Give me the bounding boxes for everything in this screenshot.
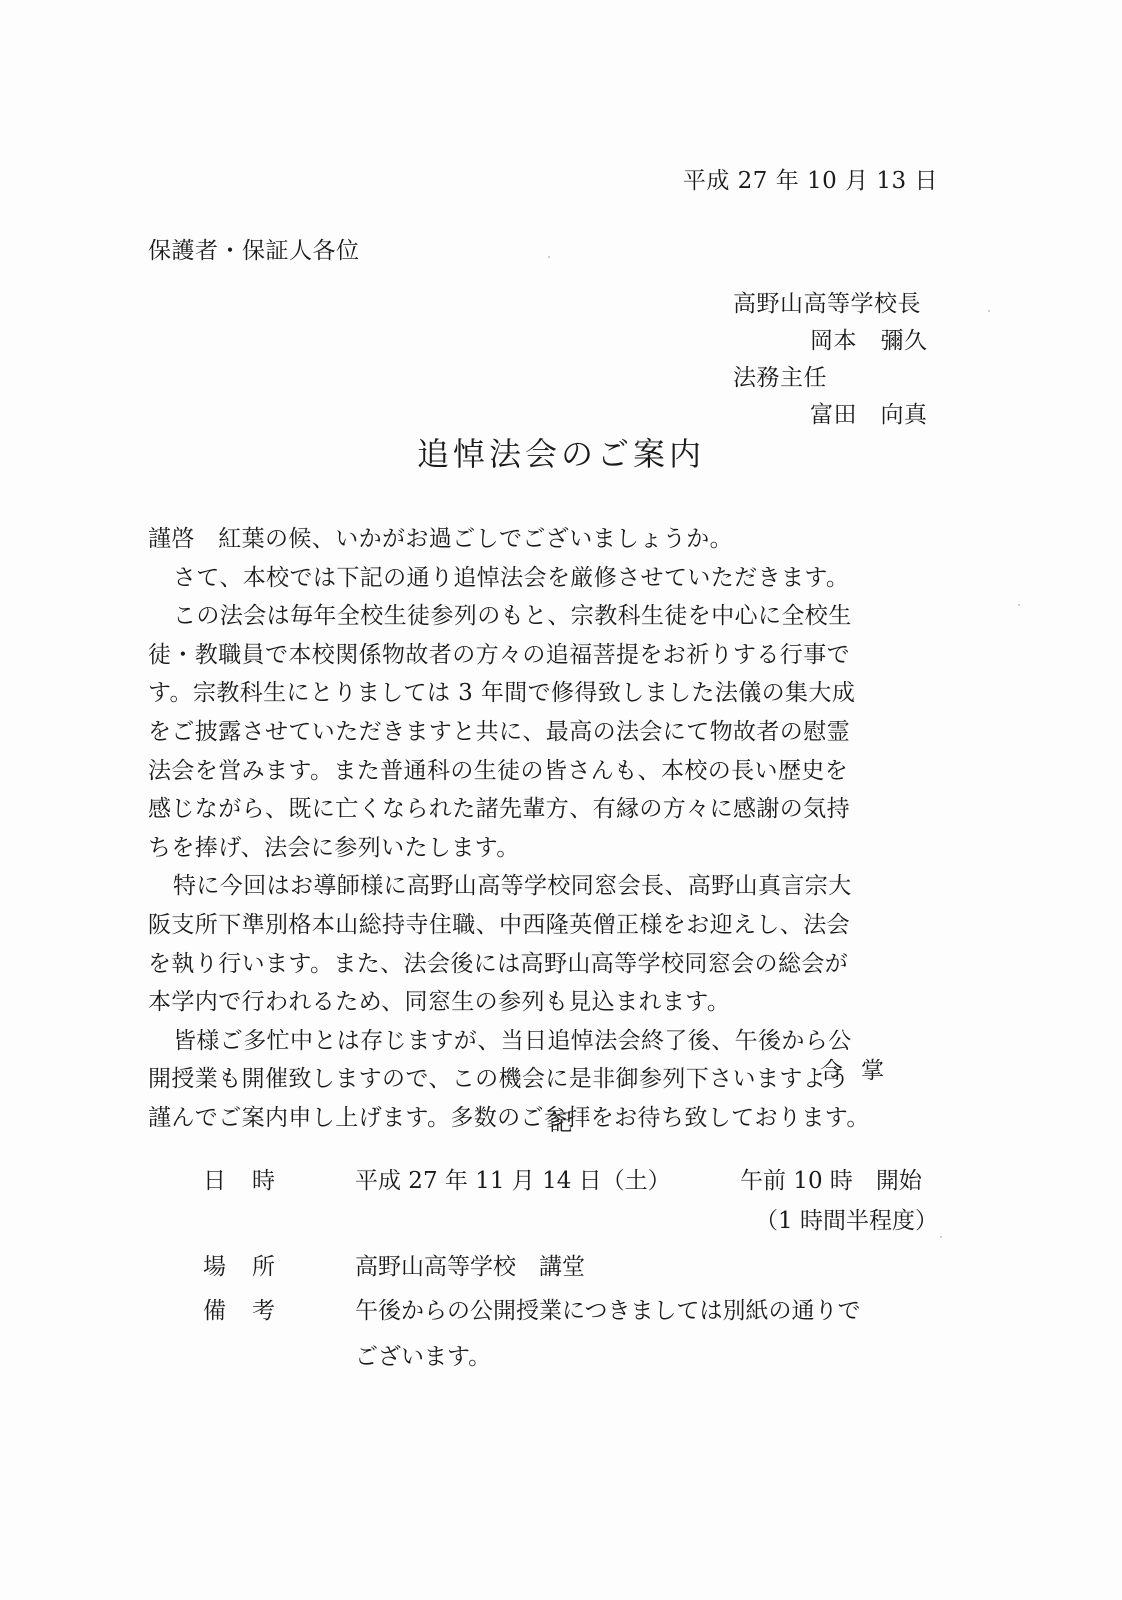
detail-row-place: 場所 高野山高等学校 講堂: [203, 1252, 963, 1296]
sender-name-principal: 岡本 彌久: [733, 323, 943, 360]
detail-label-datetime: 日時: [203, 1166, 301, 1196]
document-title: 追悼法会のご案内: [0, 432, 1122, 476]
body-line: 阪支所下準別格本山総持寺住職、中西隆英僧正様をお迎えし、法会: [148, 906, 948, 945]
detail-value-time: 午前 10 時 開始: [740, 1166, 922, 1196]
body-line: 感じながら、既に亡くなられた諸先輩方、有縁の方々に感謝の気持: [148, 790, 948, 829]
body-line: 法会を営みます。また普通科の生徒の皆さんも、本校の長い歴史を: [148, 752, 948, 791]
detail-value-notes-line1: 午後からの公開授業につきましては別紙の通りで: [355, 1296, 861, 1326]
scan-speck: [548, 256, 550, 258]
body-line: この法会は毎年全校生徒参列のもと、宗教科生徒を中心に全校生: [148, 597, 948, 636]
detail-value-place: 高野山高等学校 講堂: [355, 1252, 585, 1282]
detail-value-notes-line2: ございます。: [355, 1342, 491, 1372]
closing-gassho: 合掌: [820, 1056, 902, 1086]
detail-label-notes: 備考: [203, 1296, 301, 1326]
scan-speck: [988, 310, 990, 312]
letter-page: 平成 27 年 10 月 13 日 保護者・保証人各位 高野山高等学校長 岡本 …: [0, 0, 1122, 1600]
letter-date: 平成 27 年 10 月 13 日: [683, 166, 938, 196]
body-line: ちを捧げ、法会に参列いたします。: [148, 829, 948, 868]
addressee: 保護者・保証人各位: [148, 236, 360, 266]
letter-body: 謹啓 紅葉の候、いかがお過ごしでございましょうか。 さて、本校では下記の通り追悼…: [148, 520, 948, 1138]
sender-role-principal: 高野山高等学校長: [733, 286, 943, 323]
body-line: 徒・教職員で本校関係物故者の方々の追福菩提をお祈りする行事で: [148, 636, 948, 675]
detail-row-notes: 備考 午後からの公開授業につきましては別紙の通りで: [203, 1296, 963, 1342]
body-line: を執り行います。また、法会後には高野山高等学校同窓会の総会が: [148, 945, 948, 984]
body-line: 皆様ご多忙中とは存じますが、当日追悼法会終了後、午後から公: [148, 1022, 948, 1061]
sender-name-dharma-chief: 富田 向真: [733, 397, 943, 434]
scan-speck: [1018, 604, 1020, 606]
ki-heading: 記: [0, 1108, 1122, 1138]
scan-speck: [940, 1236, 942, 1238]
body-line: す。宗教科生にとりましては 3 年間で修得致しました法儀の集大成: [148, 674, 948, 713]
body-line: さて、本校では下記の通り追悼法会を厳修させていただきます。: [148, 559, 948, 598]
body-line: 特に今回はお導師様に高野山高等学校同窓会長、高野山真言宗大: [148, 867, 948, 906]
detail-row-duration: （1 時間半程度）: [203, 1206, 963, 1252]
body-line: 謹啓 紅葉の候、いかがお過ごしでございましょうか。: [148, 520, 948, 559]
body-line: 本学内で行われるため、同窓生の参列も見込まれます。: [148, 983, 948, 1022]
detail-row-notes-cont: ございます。: [203, 1342, 963, 1382]
sender-role-dharma-chief: 法務主任: [733, 360, 943, 397]
event-details: 日時 平成 27 年 11 月 14 日（土） 午前 10 時 開始 （1 時間…: [203, 1166, 963, 1382]
detail-value-date: 平成 27 年 11 月 14 日（土）: [355, 1166, 671, 1196]
detail-row-datetime: 日時 平成 27 年 11 月 14 日（土） 午前 10 時 開始: [203, 1166, 963, 1206]
detail-label-place: 場所: [203, 1252, 301, 1282]
sender-block: 高野山高等学校長 岡本 彌久 法務主任 富田 向真: [733, 286, 943, 434]
detail-value-duration: （1 時間半程度）: [755, 1206, 938, 1236]
body-line: をご披露させていただきますと共に、最高の法会にて物故者の慰霊: [148, 713, 948, 752]
